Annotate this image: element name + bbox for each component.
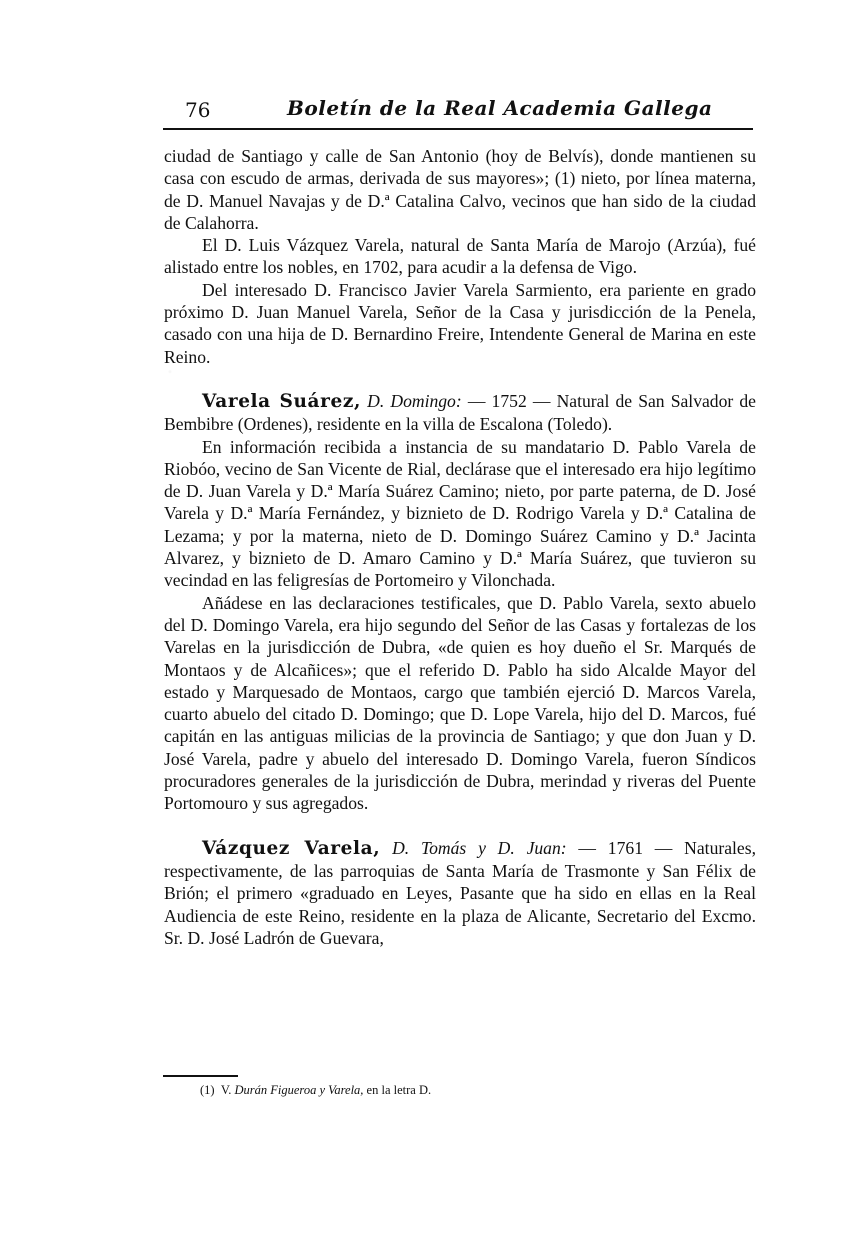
running-title: Boletín de la Real Academia Gallega (287, 96, 712, 120)
document-page: 76 Boletín de la Real Academia Gallega c… (0, 0, 850, 1239)
entry-vazquez-varela: Vázquez Varela, D. Tomás y D. Juan: — 17… (164, 837, 756, 949)
paragraph: En información recibida a instancia de s… (164, 436, 756, 592)
paragraph: Añádese en las declaraciones testificale… (164, 592, 756, 815)
entry-varela-suarez: Varela Suárez, D. Domingo: — 1752 — Natu… (164, 390, 756, 436)
entry-surname: Varela Suárez, (202, 391, 361, 412)
entry-given-name: D. Tomás y D. Juan: (392, 838, 567, 858)
footnote-marker: (1) (200, 1083, 215, 1097)
page-number: 76 (185, 98, 210, 122)
page-header: 76 Boletín de la Real Academia Gallega (163, 96, 753, 126)
footnote-prefix: V. (221, 1083, 232, 1097)
footnote-suffix: en la letra D. (367, 1083, 432, 1097)
entry-surname: Vázquez Varela, (202, 838, 380, 859)
paragraph: Del interesado D. Francisco Javier Varel… (164, 279, 756, 368)
paragraph: El D. Luis Vázquez Varela, natural de Sa… (164, 234, 756, 279)
paragraph-continued: ciudad de Santiago y calle de San Antoni… (164, 145, 756, 234)
footnote: (1) V. Durán Figueroa y Varela, en la le… (200, 1083, 431, 1098)
footnote-reference: Durán Figueroa y Varela, (235, 1083, 364, 1097)
body-text: ciudad de Santiago y calle de San Antoni… (164, 145, 756, 949)
entry-given-name: D. Domingo: (367, 391, 462, 411)
footnote-rule (163, 1075, 238, 1077)
header-rule (163, 128, 753, 130)
